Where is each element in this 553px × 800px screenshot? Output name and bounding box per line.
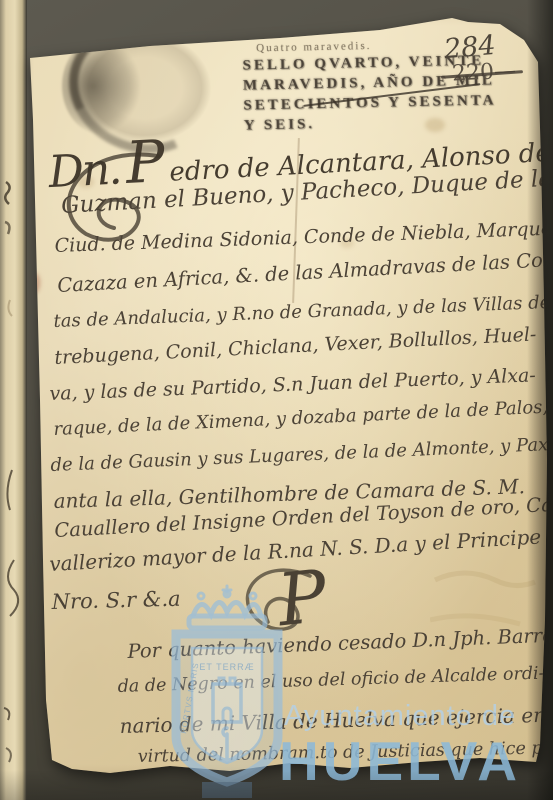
red-stain <box>26 272 40 294</box>
folio-top-mark: 4 <box>312 6 320 23</box>
archive-photo: Quatro maravedis. SELLO QVARTO, VEINTE M… <box>0 0 553 800</box>
huelva-coat-of-arms-watermark: ET TERRÆ PORTVS MARIS <box>161 584 293 800</box>
backdrop-shadow-right <box>527 0 553 800</box>
bleedthrough-marks <box>430 560 540 680</box>
manuscript-line: va, y las de su Partido, S.n Juan del Pu… <box>49 364 536 405</box>
manuscript-line: de la de Gausin y sus Lugares, de la de … <box>50 434 553 476</box>
manuscript-line: Ciud. de Medina Sidonia, Conde de Niebla… <box>54 216 553 257</box>
backdrop-shadow-bottom <box>0 770 553 800</box>
manuscript-line: Cazaza en Africa, &. de las Almadravas d… <box>57 248 553 297</box>
manuscript-line: trebugena, Conil, Chiclana, Vexer, Bollu… <box>54 323 537 369</box>
shield-motto-top: ET TERRÆ <box>199 662 254 672</box>
manuscript-line: raque, de la de Ximena, y dozaba parte d… <box>53 397 549 440</box>
